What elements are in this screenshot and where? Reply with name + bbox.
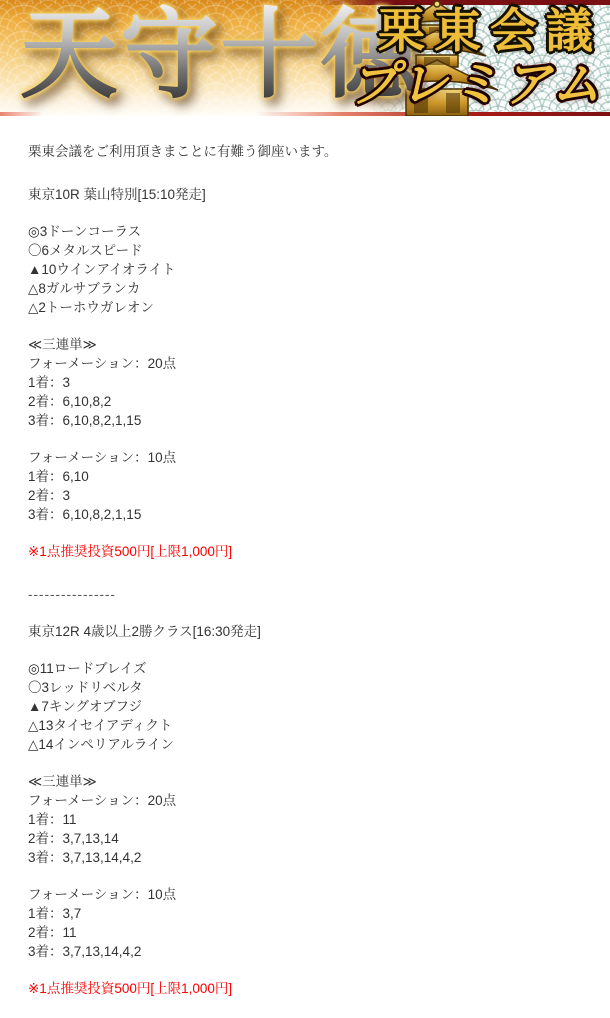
horse-picks: ◎11ロードブレイズ 〇3レッドリベルタ ▲7キングオブフジ △13タイセイアデ…	[28, 659, 580, 754]
formation-row: 3着：6,10,8,2,1,15	[28, 505, 580, 524]
formation-header: フォーメーション：20点	[28, 354, 580, 373]
formation-row: 2着：6,10,8,2	[28, 392, 580, 411]
formation-row: 2着：3,7,13,14	[28, 829, 580, 848]
horse-pick: ▲10ウインアイオライト	[28, 260, 580, 279]
formation-block: フォーメーション：10点 1着：6,10 2着：3 3着：6,10,8,2,1,…	[28, 448, 580, 524]
formation-row: 3着：6,10,8,2,1,15	[28, 411, 580, 430]
horse-pick: ◎3ドーンコーラス	[28, 222, 580, 241]
banner-subtitle-line2: プレミアム	[347, 56, 610, 112]
formation-header: フォーメーション：10点	[28, 885, 580, 904]
investment-note: ※1点推奨投資500円[上限1,000円]	[28, 979, 580, 998]
horse-pick: 〇3レッドリベルタ	[28, 678, 580, 697]
main-content: 栗東会議をご利用頂きまことに有難う御座います。 東京10R 葉山特別[15:10…	[0, 116, 610, 1018]
investment-note: ※1点推奨投資500円[上限1,000円]	[28, 542, 580, 561]
horse-pick: △2トーホウガレオン	[28, 298, 580, 317]
horse-pick: △14インペリアルライン	[28, 735, 580, 754]
formation-row: 1着：3	[28, 373, 580, 392]
horse-pick: △8ガルサブランカ	[28, 279, 580, 298]
formation-block: フォーメーション：10点 1着：3,7 2着：11 3着：3,7,13,14,4…	[28, 885, 580, 961]
formation-row: 2着：3	[28, 486, 580, 505]
formation-row: 1着：6,10	[28, 467, 580, 486]
banner-subtitle-line1: 栗東会議	[378, 6, 602, 58]
formation-header: フォーメーション：20点	[28, 791, 580, 810]
horse-pick: ◎11ロードブレイズ	[28, 659, 580, 678]
formation-row: 3着：3,7,13,14,4,2	[28, 942, 580, 961]
bet-type-label: ≪三連単≫	[28, 772, 580, 791]
formation-row: 2着：11	[28, 923, 580, 942]
formation-header: フォーメーション：10点	[28, 448, 580, 467]
horse-pick: 〇6メタルスピード	[28, 241, 580, 260]
bet-type-label: ≪三連単≫	[28, 335, 580, 354]
header-banner: 天守十徳 栗東会議 プレミアム	[0, 0, 610, 116]
page: 天守十徳 栗東会議 プレミアム 栗東会議をご利用頂きまことに有難う御座います。 …	[0, 0, 610, 1018]
formation-block: ≪三連単≫ フォーメーション：20点 1着：11 2着：3,7,13,14 3着…	[28, 772, 580, 867]
race-section-1: 東京10R 葉山特別[15:10発走] ◎3ドーンコーラス 〇6メタルスピード …	[28, 185, 580, 561]
race-title: 東京12R 4歳以上2勝クラス[16:30発走]	[28, 622, 580, 641]
race-section-2: 東京12R 4歳以上2勝クラス[16:30発走] ◎11ロードブレイズ 〇3レッ…	[28, 622, 580, 998]
race-title: 東京10R 葉山特別[15:10発走]	[28, 185, 580, 204]
formation-block: ≪三連単≫ フォーメーション：20点 1着：3 2着：6,10,8,2 3着：6…	[28, 335, 580, 430]
horse-picks: ◎3ドーンコーラス 〇6メタルスピード ▲10ウインアイオライト △8ガルサブラ…	[28, 222, 580, 317]
section-divider: ----------------	[28, 585, 580, 604]
greeting-text: 栗東会議をご利用頂きまことに有難う御座います。	[28, 142, 580, 161]
formation-row: 1着：3,7	[28, 904, 580, 923]
horse-pick: ▲7キングオブフジ	[28, 697, 580, 716]
formation-row: 1着：11	[28, 810, 580, 829]
formation-row: 3着：3,7,13,14,4,2	[28, 848, 580, 867]
horse-pick: △13タイセイアディクト	[28, 716, 580, 735]
